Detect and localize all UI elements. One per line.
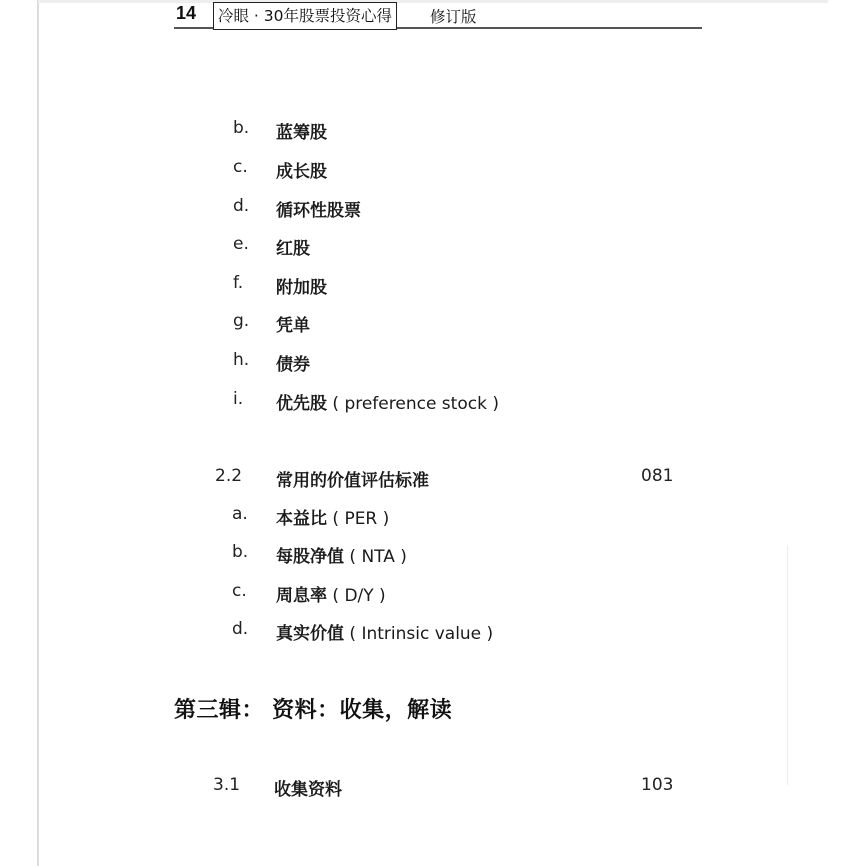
- item-marker: h.: [233, 350, 249, 370]
- section-number: 2.2: [215, 466, 242, 486]
- toc-item: d. 循环性股票: [0, 196, 866, 222]
- item-title: 优先股 ( preference stock ): [276, 389, 499, 414]
- toc-item: b. 每股净值 ( NTA ): [0, 542, 866, 568]
- running-header: 14 冷眼 · 30年股票投资心得 修订版: [174, 0, 704, 32]
- item-title: 循环性股票: [276, 196, 361, 221]
- section-title: 常用的价值评估标准: [276, 466, 429, 491]
- toc-item: f. 附加股: [0, 273, 866, 299]
- item-marker: d.: [233, 196, 249, 216]
- toc-item: c. 周息率 ( D/Y ): [0, 581, 866, 607]
- toc-item: i. 优先股 ( preference stock ): [0, 389, 866, 415]
- item-marker: g.: [233, 311, 249, 331]
- toc-item: a. 本益比 ( PER ): [0, 504, 866, 530]
- item-title: 附加股: [276, 273, 327, 298]
- item-title: 凭单: [276, 311, 310, 336]
- section-page-number: 103: [641, 775, 673, 795]
- item-marker: d.: [232, 619, 248, 639]
- page-number: 14: [176, 3, 196, 24]
- book-title-box: 冷眼 · 30年股票投资心得: [213, 2, 397, 30]
- item-marker: e.: [233, 234, 249, 254]
- toc-section-2-2: 2.2 常用的价值评估标准 081: [0, 466, 866, 492]
- toc-section-3-1: 3.1 收集资料 103: [0, 775, 866, 801]
- item-title: 真实价值 ( Intrinsic value ): [276, 619, 493, 644]
- item-marker: b.: [233, 118, 249, 138]
- item-marker: a.: [232, 504, 248, 524]
- section-title: 收集资料: [274, 775, 342, 800]
- item-title: 周息率 ( D/Y ): [276, 581, 386, 606]
- item-marker: b.: [232, 542, 248, 562]
- toc-item: d. 真实价值 ( Intrinsic value ): [0, 619, 866, 645]
- item-marker: i.: [233, 389, 243, 409]
- item-title: 红股: [276, 234, 310, 259]
- item-title: 债券: [276, 350, 310, 375]
- item-marker: c.: [232, 581, 247, 601]
- toc-item: b. 蓝筹股: [0, 118, 866, 144]
- section-page-number: 081: [641, 466, 673, 486]
- item-title: 每股净值 ( NTA ): [276, 542, 407, 567]
- item-title: 蓝筹股: [276, 118, 327, 143]
- item-title: 本益比 ( PER ): [276, 504, 389, 529]
- toc-item: g. 凭单: [0, 311, 866, 337]
- item-title: 成长股: [276, 157, 327, 182]
- section-number: 3.1: [213, 775, 240, 795]
- toc-item: c. 成长股: [0, 157, 866, 183]
- edition-label: 修订版: [430, 5, 477, 27]
- item-marker: f.: [233, 273, 243, 293]
- part-heading: 第三辑： 资料：收集，解读: [174, 693, 452, 724]
- item-marker: c.: [233, 157, 248, 177]
- toc-item: e. 红股: [0, 234, 866, 260]
- toc-item: h. 债券: [0, 350, 866, 376]
